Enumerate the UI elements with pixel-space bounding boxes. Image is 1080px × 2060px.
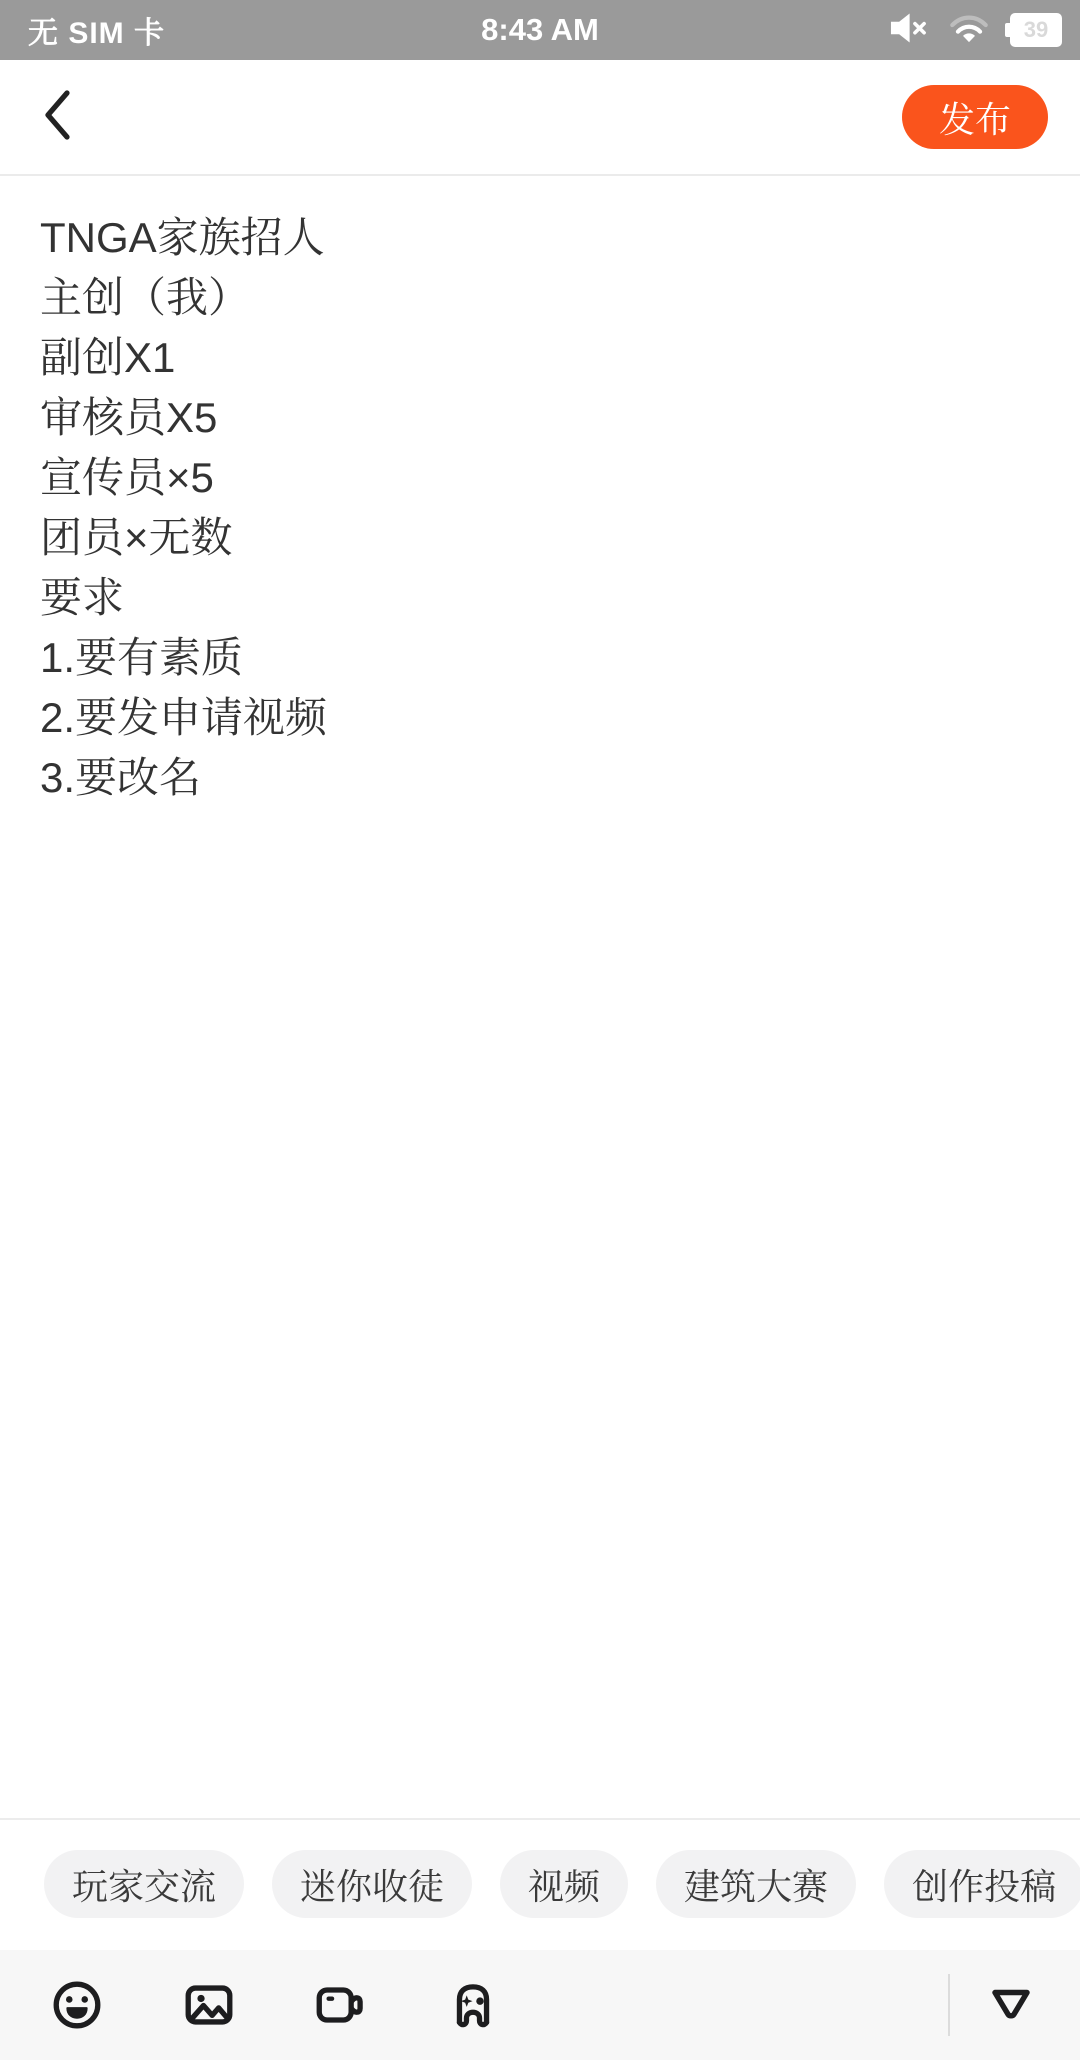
tag-creation-submit[interactable]: 创作投稿 — [884, 1850, 1080, 1918]
tag-mini-apprentice[interactable]: 迷你收徒 — [272, 1850, 472, 1918]
insert-game-button[interactable] — [444, 1976, 502, 2034]
insert-video-button[interactable] — [312, 1976, 370, 2034]
toolbar-divider — [948, 1974, 950, 2036]
publish-button[interactable]: 发布 — [902, 85, 1048, 149]
post-editor[interactable]: TNGA家族招人 主创（我） 副创X1 审核员X5 宣传员×5 团员×无数 要求… — [0, 176, 1080, 1818]
editor-line: 团员×无数 — [40, 508, 1044, 568]
topic-tags-row: 玩家交流 迷你收徒 视频 建筑大赛 创作投稿 — [0, 1818, 1080, 1950]
status-bar: 无 SIM 卡 8:43 AM 39 — [0, 0, 1080, 60]
tag-video[interactable]: 视频 — [500, 1850, 628, 1918]
back-button[interactable] — [36, 77, 106, 157]
tag-building-contest[interactable]: 建筑大赛 — [656, 1850, 856, 1918]
app-screen: 无 SIM 卡 8:43 AM 39 — [0, 0, 1080, 2060]
editor-line: TNGA家族招人 — [40, 208, 1044, 268]
header: 发布 — [0, 60, 1080, 176]
editor-line: 要求 — [40, 568, 1044, 628]
editor-line: 1.要有素质 — [40, 628, 1044, 688]
emoji-button[interactable] — [48, 1976, 106, 2034]
status-icons: 39 — [887, 8, 1062, 53]
chevron-left-icon — [36, 85, 80, 150]
editor-line: 主创（我） — [40, 268, 1044, 328]
gamepad-icon — [444, 1976, 502, 2034]
editor-line: 审核员X5 — [40, 388, 1044, 448]
battery-icon: 39 — [1005, 13, 1062, 47]
wifi-icon — [947, 8, 991, 53]
editor-line: 宣传员×5 — [40, 448, 1044, 508]
battery-percent: 39 — [1024, 17, 1048, 43]
editor-line: 3.要改名 — [40, 748, 1044, 808]
video-camera-icon — [312, 1976, 370, 2034]
image-icon — [180, 1976, 238, 2034]
editor-toolbar — [0, 1950, 1080, 2060]
insert-image-button[interactable] — [180, 1976, 238, 2034]
editor-line: 2.要发申请视频 — [40, 688, 1044, 748]
editor-line: 副创X1 — [40, 328, 1044, 388]
battery-body: 39 — [1010, 13, 1062, 47]
collapse-keyboard-button[interactable] — [976, 1976, 1046, 2034]
triangle-down-icon — [985, 1981, 1037, 2030]
carrier-label: 无 SIM 卡 — [28, 8, 165, 52]
tag-player-chat[interactable]: 玩家交流 — [44, 1850, 244, 1918]
mute-speaker-icon — [887, 8, 933, 53]
emoji-icon — [48, 1976, 106, 2034]
